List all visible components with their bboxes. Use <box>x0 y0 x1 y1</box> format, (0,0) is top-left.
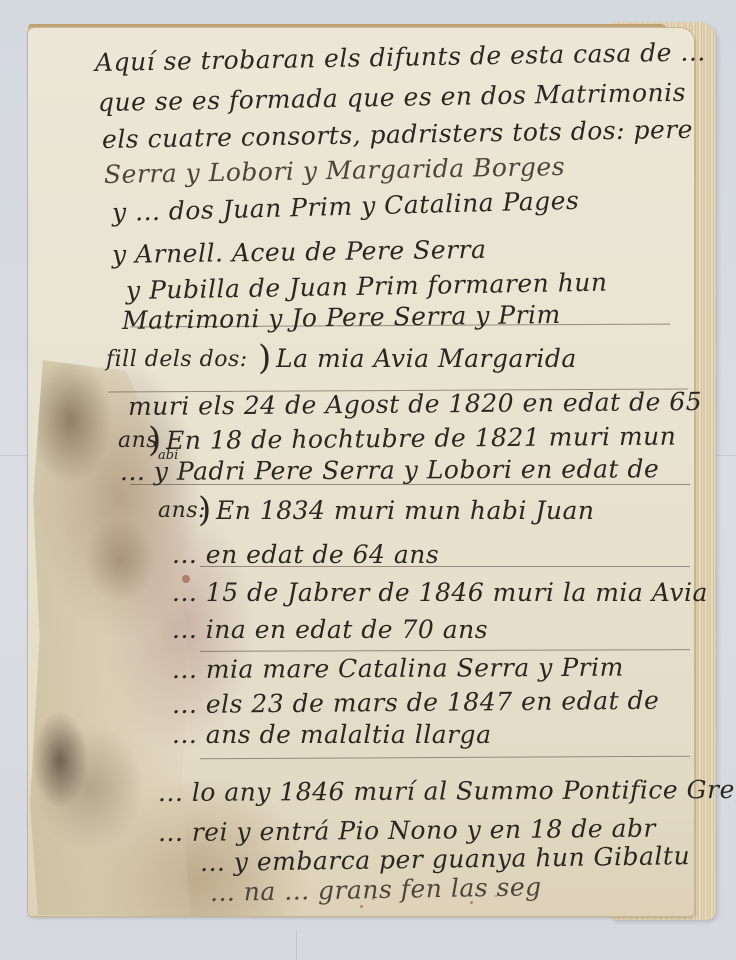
manuscript-line: La mia Avia Margarida <box>276 344 577 373</box>
manuscript-line: ... mia mare Catalina Serra y Prim <box>172 653 624 684</box>
table-seam <box>296 930 297 960</box>
ink-speckle <box>372 898 374 900</box>
manuscript-line: ... na ... grans fen las seg <box>210 872 542 907</box>
manuscript-line: Matrimoni y Jo Pere Serra y Prim <box>122 300 561 335</box>
manuscript-line: ... lo any 1846 murí al Summo Pontifice … <box>158 775 736 807</box>
manuscript-line: ... els 23 de mars de 1847 en edat de <box>172 686 660 719</box>
ink-speckle <box>182 575 190 583</box>
manuscript-line: fill dels dos: <box>106 347 248 372</box>
manuscript-line: ... ina en edat de 70 ans <box>172 615 488 644</box>
manuscript-line: muri els 24 de Agost de 1820 en edat de … <box>128 387 702 421</box>
ink-speckle <box>470 901 473 904</box>
ink-speckle <box>360 905 363 908</box>
ink-speckle <box>495 895 497 897</box>
manuscript-line: ... y Padri Pere Serra y Lobori en edat … <box>120 454 659 486</box>
manuscript-line: y Arnell. Aceu de Pere Serra <box>112 235 487 269</box>
manuscript-line: ... en edat de 64 ans <box>172 540 439 569</box>
manuscript-line: En 1834 muri mun habi Juan <box>216 496 595 525</box>
manuscript-line: ... ans de malaltia llarga <box>172 720 491 749</box>
manuscript-line: ... 15 de Jabrer de 1846 muri la mia Avi… <box>172 578 708 607</box>
bracket-mark: ) <box>198 490 211 530</box>
manuscript-line: En 18 de hochtubre de 1821 muri mun <box>166 422 677 455</box>
bracket-mark: ) <box>258 338 271 378</box>
